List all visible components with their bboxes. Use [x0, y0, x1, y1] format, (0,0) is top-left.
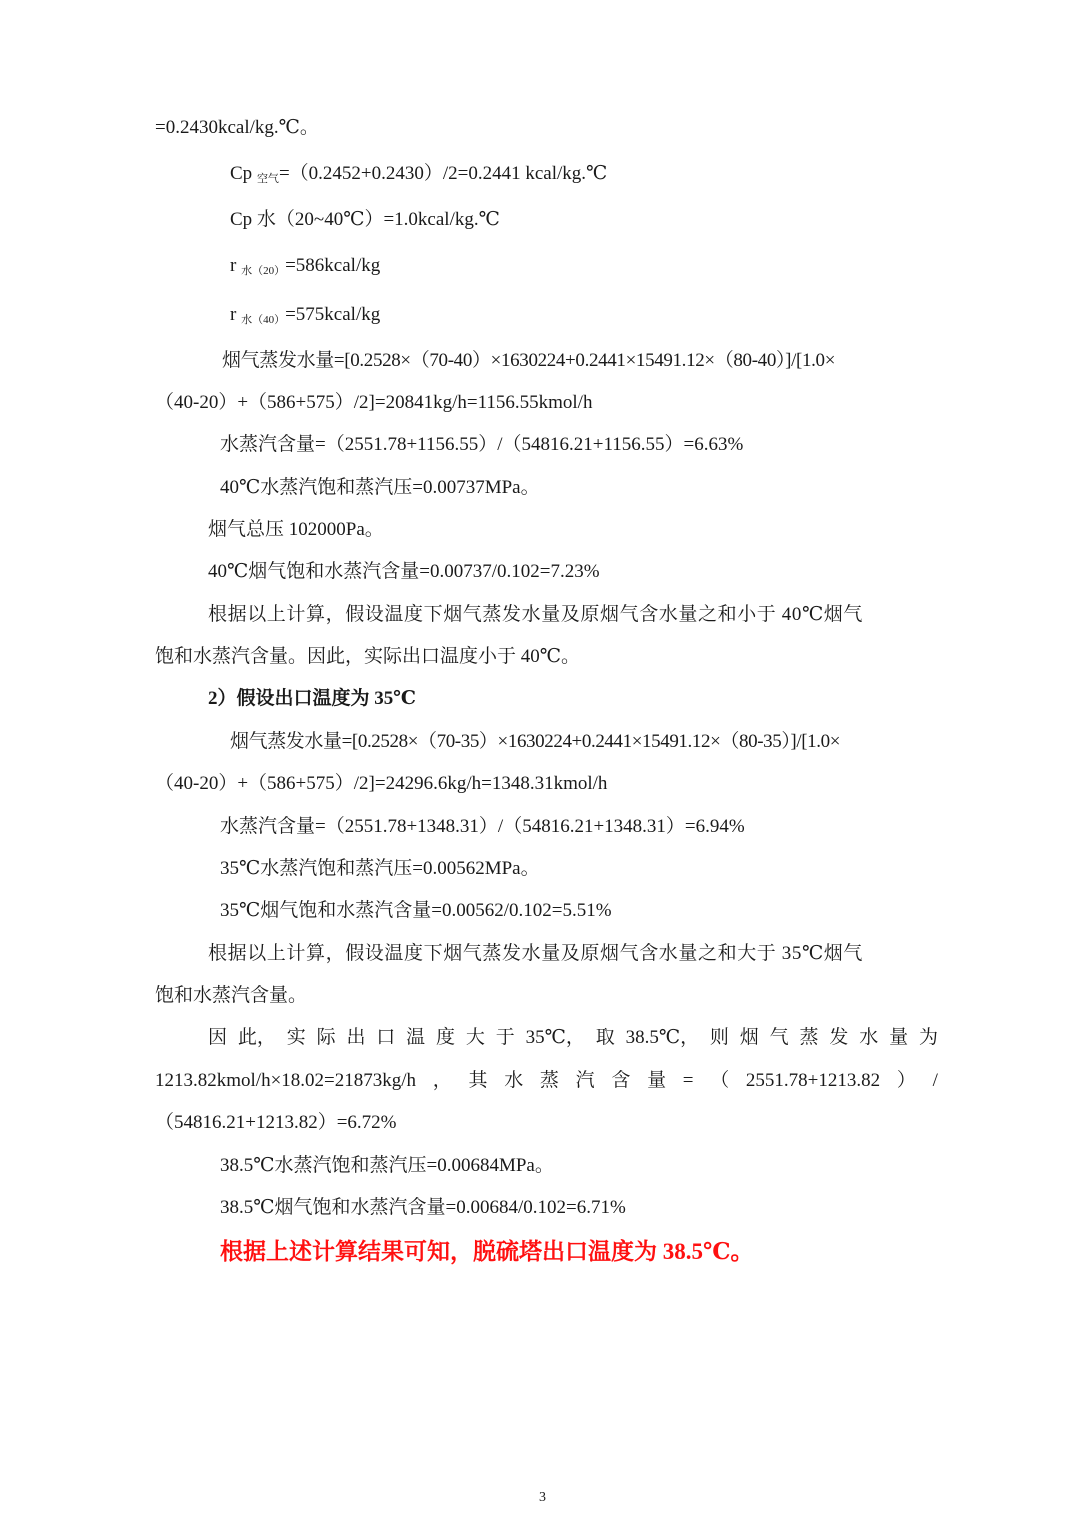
word: 为	[919, 1026, 938, 1050]
word: 蒸	[800, 1026, 819, 1050]
symbol: r	[230, 304, 241, 325]
section-heading: 2）假设出口温度为 35℃	[208, 687, 416, 711]
text-line: （54816.21+1213.82）=6.72%	[155, 1111, 397, 1135]
word: 量	[647, 1069, 666, 1093]
formula-r-water-40: r 水（40）=575kcal/kg	[230, 303, 380, 332]
word: 水	[859, 1026, 878, 1050]
word: 蒸	[540, 1069, 559, 1093]
subscript: 水（20）	[241, 265, 285, 277]
subscript: 空气	[257, 173, 279, 185]
word: 含	[611, 1069, 630, 1093]
word: 38.5℃，	[626, 1026, 700, 1050]
text-line: 饱和水蒸汽含量。因此，实际出口温度小于 40℃。	[155, 645, 580, 669]
text-line: 35℃烟气饱和水蒸汽含量=0.00562/0.102=5.51%	[220, 899, 612, 923]
text-line: 根据以上计算，假设温度下烟气蒸发水量及原烟气含水量之和小于 40℃烟气	[208, 603, 863, 627]
page-number: 3	[539, 1490, 546, 1506]
word: 大	[466, 1026, 485, 1050]
word: 出	[346, 1026, 365, 1050]
formula-r-water-20: r 水（20）=586kcal/kg	[230, 254, 380, 283]
word: 际	[317, 1026, 336, 1050]
symbol: Cp	[230, 163, 257, 184]
text-line: （40-20）+（586+575）/2]=24296.6kg/h=1348.31…	[155, 772, 607, 796]
text-line: 烟气蒸发水量=[0.2528×（70-35）×1630224+0.2441×15…	[230, 730, 840, 754]
symbol: r	[230, 255, 241, 276]
word: ）	[897, 1069, 916, 1093]
text-line: 烟气蒸发水量=[0.2528×（70-40）×1630224+0.2441×15…	[222, 349, 835, 373]
text-line: 40℃烟气饱和水蒸汽含量=0.00737/0.102=7.23%	[208, 560, 600, 584]
text-line: 水蒸汽含量=（2551.78+1156.55）/（54816.21+1156.5…	[220, 433, 743, 457]
justified-line: 1213.82kmol/h×18.02=21873kg/h ， 其 水 蒸 汽 …	[155, 1069, 938, 1093]
text-line: 38.5℃水蒸汽饱和蒸汽压=0.00684MPa。	[220, 1154, 554, 1178]
text-line: 根据以上计算，假设温度下烟气蒸发水量及原烟气含水量之和大于 35℃烟气	[208, 942, 863, 966]
text-line: 38.5℃烟气饱和水蒸汽含量=0.00684/0.102=6.71%	[220, 1196, 626, 1220]
word: 发	[829, 1026, 848, 1050]
text-line: 水蒸汽含量=（2551.78+1348.31）/（54816.21+1348.3…	[220, 815, 745, 839]
word: 1213.82kmol/h×18.02=21873kg/h	[155, 1069, 416, 1093]
justified-line: 因 此， 实 际 出 口 温 度 大 于 35℃， 取 38.5℃， 则 烟 气…	[208, 1026, 938, 1050]
word: 水	[504, 1069, 523, 1093]
formula-text: =575kcal/kg	[285, 304, 380, 325]
word: 取	[596, 1026, 615, 1050]
formula-text: =（0.2452+0.2430）/2=0.2441 kcal/kg.℃	[279, 163, 607, 184]
word: 其	[468, 1069, 487, 1093]
word: =	[683, 1069, 694, 1093]
word: 此，	[238, 1026, 276, 1050]
word: ，	[433, 1069, 452, 1093]
text-line: 烟气总压 102000Pa。	[208, 518, 384, 542]
subscript: 水（40）	[241, 314, 285, 326]
word: 度	[436, 1026, 455, 1050]
word: 温	[406, 1026, 425, 1050]
word: 量	[889, 1026, 908, 1050]
conclusion-highlight: 根据上述计算结果可知，脱硫塔出口温度为 38.5℃。	[220, 1240, 754, 1264]
word: 实	[287, 1026, 306, 1050]
word: （	[710, 1069, 729, 1093]
word: 因	[208, 1026, 227, 1050]
text-line: 35℃水蒸汽饱和蒸汽压=0.00562MPa。	[220, 857, 540, 881]
text-line: （40-20）+（586+575）/2]=20841kg/h=1156.55km…	[155, 391, 592, 415]
word: 气	[770, 1026, 789, 1050]
word: 35℃，	[526, 1026, 585, 1050]
word: 则	[710, 1026, 729, 1050]
word: 汽	[576, 1069, 595, 1093]
word: 口	[376, 1026, 395, 1050]
text-line: 饱和水蒸汽含量。	[155, 984, 307, 1008]
word: 于	[496, 1026, 515, 1050]
text-line: 40℃水蒸汽饱和蒸汽压=0.00737MPa。	[220, 476, 540, 500]
word: 2551.78+1213.82	[746, 1069, 880, 1093]
text-line: =0.2430kcal/kg.℃。	[155, 116, 319, 140]
word: 烟	[740, 1026, 759, 1050]
formula-text: =586kcal/kg	[285, 255, 380, 276]
word: /	[933, 1069, 938, 1093]
formula-cp-air: Cp 空气=（0.2452+0.2430）/2=0.2441 kcal/kg.℃	[230, 162, 607, 191]
formula-cp-water: Cp 水（20~40℃）=1.0kcal/kg.℃	[230, 208, 500, 232]
